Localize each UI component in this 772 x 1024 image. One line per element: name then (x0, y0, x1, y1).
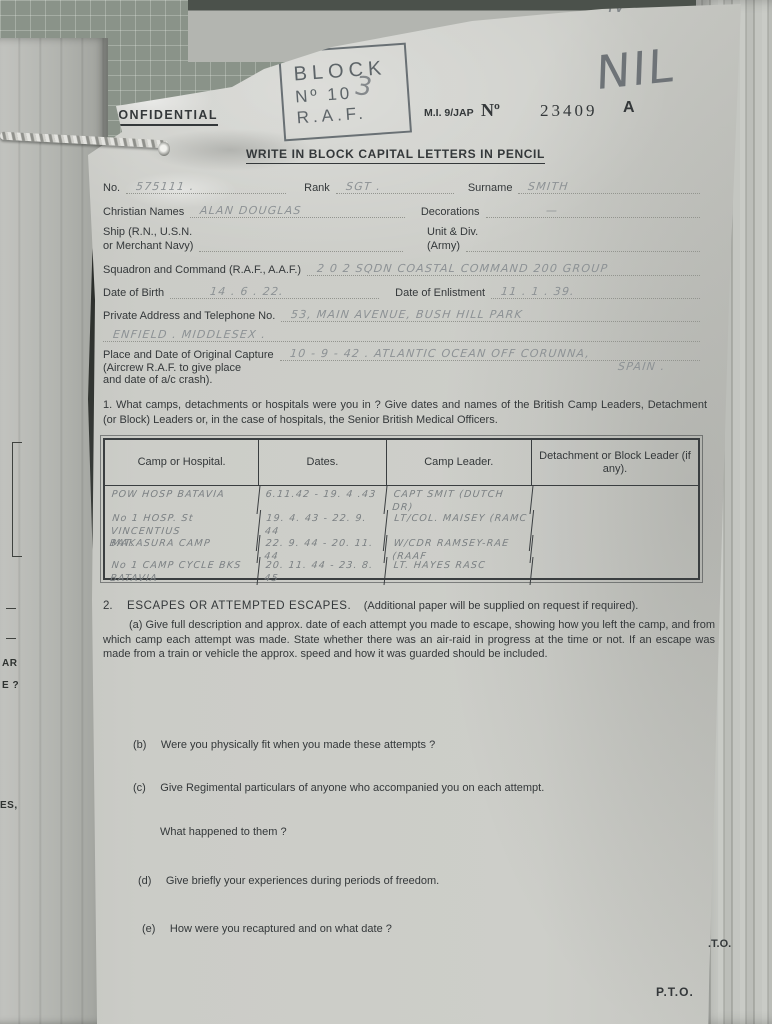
col-header-leader: Camp Leader. (387, 440, 532, 485)
field-row-dob-enlistment: Date of Birth 14 . 6 . 22. Date of Enlis… (103, 285, 700, 299)
ship-line (199, 238, 403, 252)
address-field: Private Address and Telephone No. 53, MA… (103, 308, 700, 322)
rank-label: Rank (304, 182, 330, 194)
field-row-no-rank-surname: No. 575111 . Rank SGT . Surname SMITH (103, 180, 700, 194)
no-value: 575111 . (135, 180, 195, 193)
unit-label-line2: (Army) (427, 240, 460, 252)
surname-value: SMITH (528, 180, 570, 193)
dob-value: 14 . 6 . 22. (209, 285, 284, 298)
capture-field: Place and Date of Original Capture 10 - … (103, 347, 700, 361)
question-2d-label: (d) (138, 875, 151, 887)
dob-line: 14 . 6 . 22. (170, 285, 379, 299)
address-label: Private Address and Telephone No. (103, 310, 275, 322)
col-header-camp: Camp or Hospital. (105, 440, 259, 485)
serial-number: 23409 (540, 101, 598, 121)
col-header-detachment: Detachment or Block Leader (if any). (532, 440, 698, 485)
leader-cell: LT. HAYES RASC (385, 557, 533, 585)
question-2c-label: (c) (133, 782, 146, 794)
question-2b-row: (b) Were you physically fit when you mad… (133, 735, 435, 753)
camp-table: Camp or Hospital. Dates. Camp Leader. De… (103, 438, 700, 580)
no-line: 575111 . (126, 180, 286, 194)
surname-label: Surname (468, 182, 513, 194)
surname-line: SMITH (518, 180, 700, 194)
classification-label: CONFIDENTIAL (108, 108, 218, 126)
rank-line: SGT . (336, 180, 454, 194)
margin-fragment: AR (2, 658, 17, 669)
address-line1: 53, MAIN AVENUE, BUSH HILL PARK (281, 308, 700, 322)
ship-label-line1: Ship (R.N., U.S.N. (103, 226, 403, 238)
christian-names-label: Christian Names (103, 206, 184, 218)
decorations-label: Decorations (421, 206, 480, 218)
serial-suffix: A (623, 99, 635, 117)
squadron-line: 2 0 2 SQDN COASTAL COMMAND 200 GROUP (307, 262, 700, 276)
unit-line (466, 238, 700, 252)
question-2-heading: ESCAPES OR ATTEMPTED ESCAPES. (127, 600, 351, 612)
squadron-field: Squadron and Command (R.A.F., A.A.F.) 2 … (103, 262, 700, 276)
serial-no-symbol: Nº (481, 100, 500, 121)
question-1-text: 1. What camps, detachments or hospitals … (103, 398, 707, 427)
question-2e-row: (e) How were you recaptured and on what … (142, 919, 392, 937)
string-hole (158, 142, 170, 156)
serial-prefix: M.I. 9/JAP (424, 107, 474, 119)
question-2a-text: (a) Give full description and approx. da… (103, 618, 715, 662)
capture-value-line1: 10 - 9 - 42 . ATLANTIC OCEAN OFF CORUNNA… (289, 347, 591, 360)
page-turn-over-label: P.T.O. (656, 985, 694, 999)
dob-label: Date of Birth (103, 287, 164, 299)
squadron-value: 2 0 2 SQDN COASTAL COMMAND 200 GROUP (316, 262, 609, 275)
table-row: POW HOSP BATAVIA 6.11.42 - 19. 4 .43 CAP… (105, 486, 698, 510)
margin-fragment: E ? (2, 680, 19, 691)
margin-tick (6, 608, 16, 609)
margin-fragment-pto: .T.O. (708, 938, 731, 950)
margin-tick (6, 638, 16, 639)
margin-fragment: ES, (0, 800, 18, 811)
question-2b-label: (b) (133, 739, 146, 751)
enlistment-line: 11 . 1 . 39. (491, 285, 700, 299)
question-2-number: 2. (103, 600, 113, 612)
question-2c-text: Give Regimental particulars of anyone wh… (160, 782, 544, 794)
camp-cell: No 1 CAMP CYCLE BKS BATAVIA (104, 557, 261, 585)
address-line2: ENFIELD . MIDDLESEX . (103, 328, 700, 342)
capture-value-line2: SPAIN . (617, 360, 666, 373)
unit-field: Unit & Div. (Army) (427, 226, 700, 252)
col-header-dates: Dates. (259, 440, 386, 485)
squadron-label: Squadron and Command (R.A.F., A.A.F.) (103, 264, 301, 276)
table-row: MAKASURA CAMP 22. 9. 44 - 20. 11. 44 W/C… (105, 535, 698, 557)
camp-table-header-row: Camp or Hospital. Dates. Camp Leader. De… (105, 440, 698, 486)
page-title: WRITE IN BLOCK CAPITAL LETTERS IN PENCIL (246, 147, 545, 164)
address-field-line2: ENFIELD . MIDDLESEX . (103, 328, 700, 342)
form-page: CONFIDENTIAL BLOCK Nº 10 R.A.F. 3 M.I. 9… (0, 0, 772, 1024)
enlistment-value: 11 . 1 . 39. (500, 285, 575, 298)
rank-value: SGT . (345, 180, 382, 193)
question-2e-label: (e) (142, 923, 155, 935)
no-label: No. (103, 182, 120, 194)
question-2e-text: How were you recaptured and on what date… (170, 923, 392, 935)
capture-label-line1: Place and Date of Original Capture (103, 349, 274, 361)
question-2b-text: Were you physically fit when you made th… (161, 739, 435, 751)
decorations-value: — (545, 204, 559, 217)
enlistment-label: Date of Enlistment (395, 287, 485, 299)
christian-names-value: ALAN DOUGLAS (200, 204, 303, 217)
question-2d-row: (d) Give briefly your experiences during… (138, 871, 439, 889)
ship-field: Ship (R.N., U.S.N. or Merchant Navy) (103, 226, 403, 252)
capture-line: 10 - 9 - 42 . ATLANTIC OCEAN OFF CORUNNA… (280, 347, 700, 361)
table-row: No 1 HOSP. St VINCENTIUS BAT. 19. 4. 43 … (105, 510, 698, 535)
capture-label-line3: and date of a/c crash). (103, 374, 212, 386)
field-row-christian-decorations: Christian Names ALAN DOUGLAS Decorations… (103, 204, 700, 218)
question-2c-row: (c) Give Regimental particulars of anyon… (133, 778, 544, 796)
capture-label-line2: (Aircrew R.A.F. to give place (103, 362, 241, 374)
unit-label-line1: Unit & Div. (427, 226, 700, 238)
question-2d-text: Give briefly your experiences during per… (166, 875, 439, 887)
decorations-line: — (486, 204, 701, 218)
nil-pencil-note: NIL (595, 38, 676, 101)
table-row: No 1 CAMP CYCLE BKS BATAVIA 20. 11. 44 -… (105, 557, 698, 579)
dates-cell: 20. 11. 44 - 23. 8. 45 (258, 557, 388, 585)
margin-bracket (12, 442, 22, 557)
ship-label-line2: or Merchant Navy) (103, 240, 193, 252)
christian-names-line: ALAN DOUGLAS (190, 204, 405, 218)
detachment-cell (530, 557, 699, 585)
address-value-line2: ENFIELD . MIDDLESEX . (112, 328, 267, 341)
address-value-line1: 53, MAIN AVENUE, BUSH HILL PARK (291, 308, 524, 321)
question-2c-followup: What happened to them ? (160, 826, 287, 838)
question-2-heading-note: (Additional paper will be supplied on re… (364, 600, 639, 612)
question-2-heading-row: 2. ESCAPES OR ATTEMPTED ESCAPES. (Additi… (103, 596, 711, 614)
